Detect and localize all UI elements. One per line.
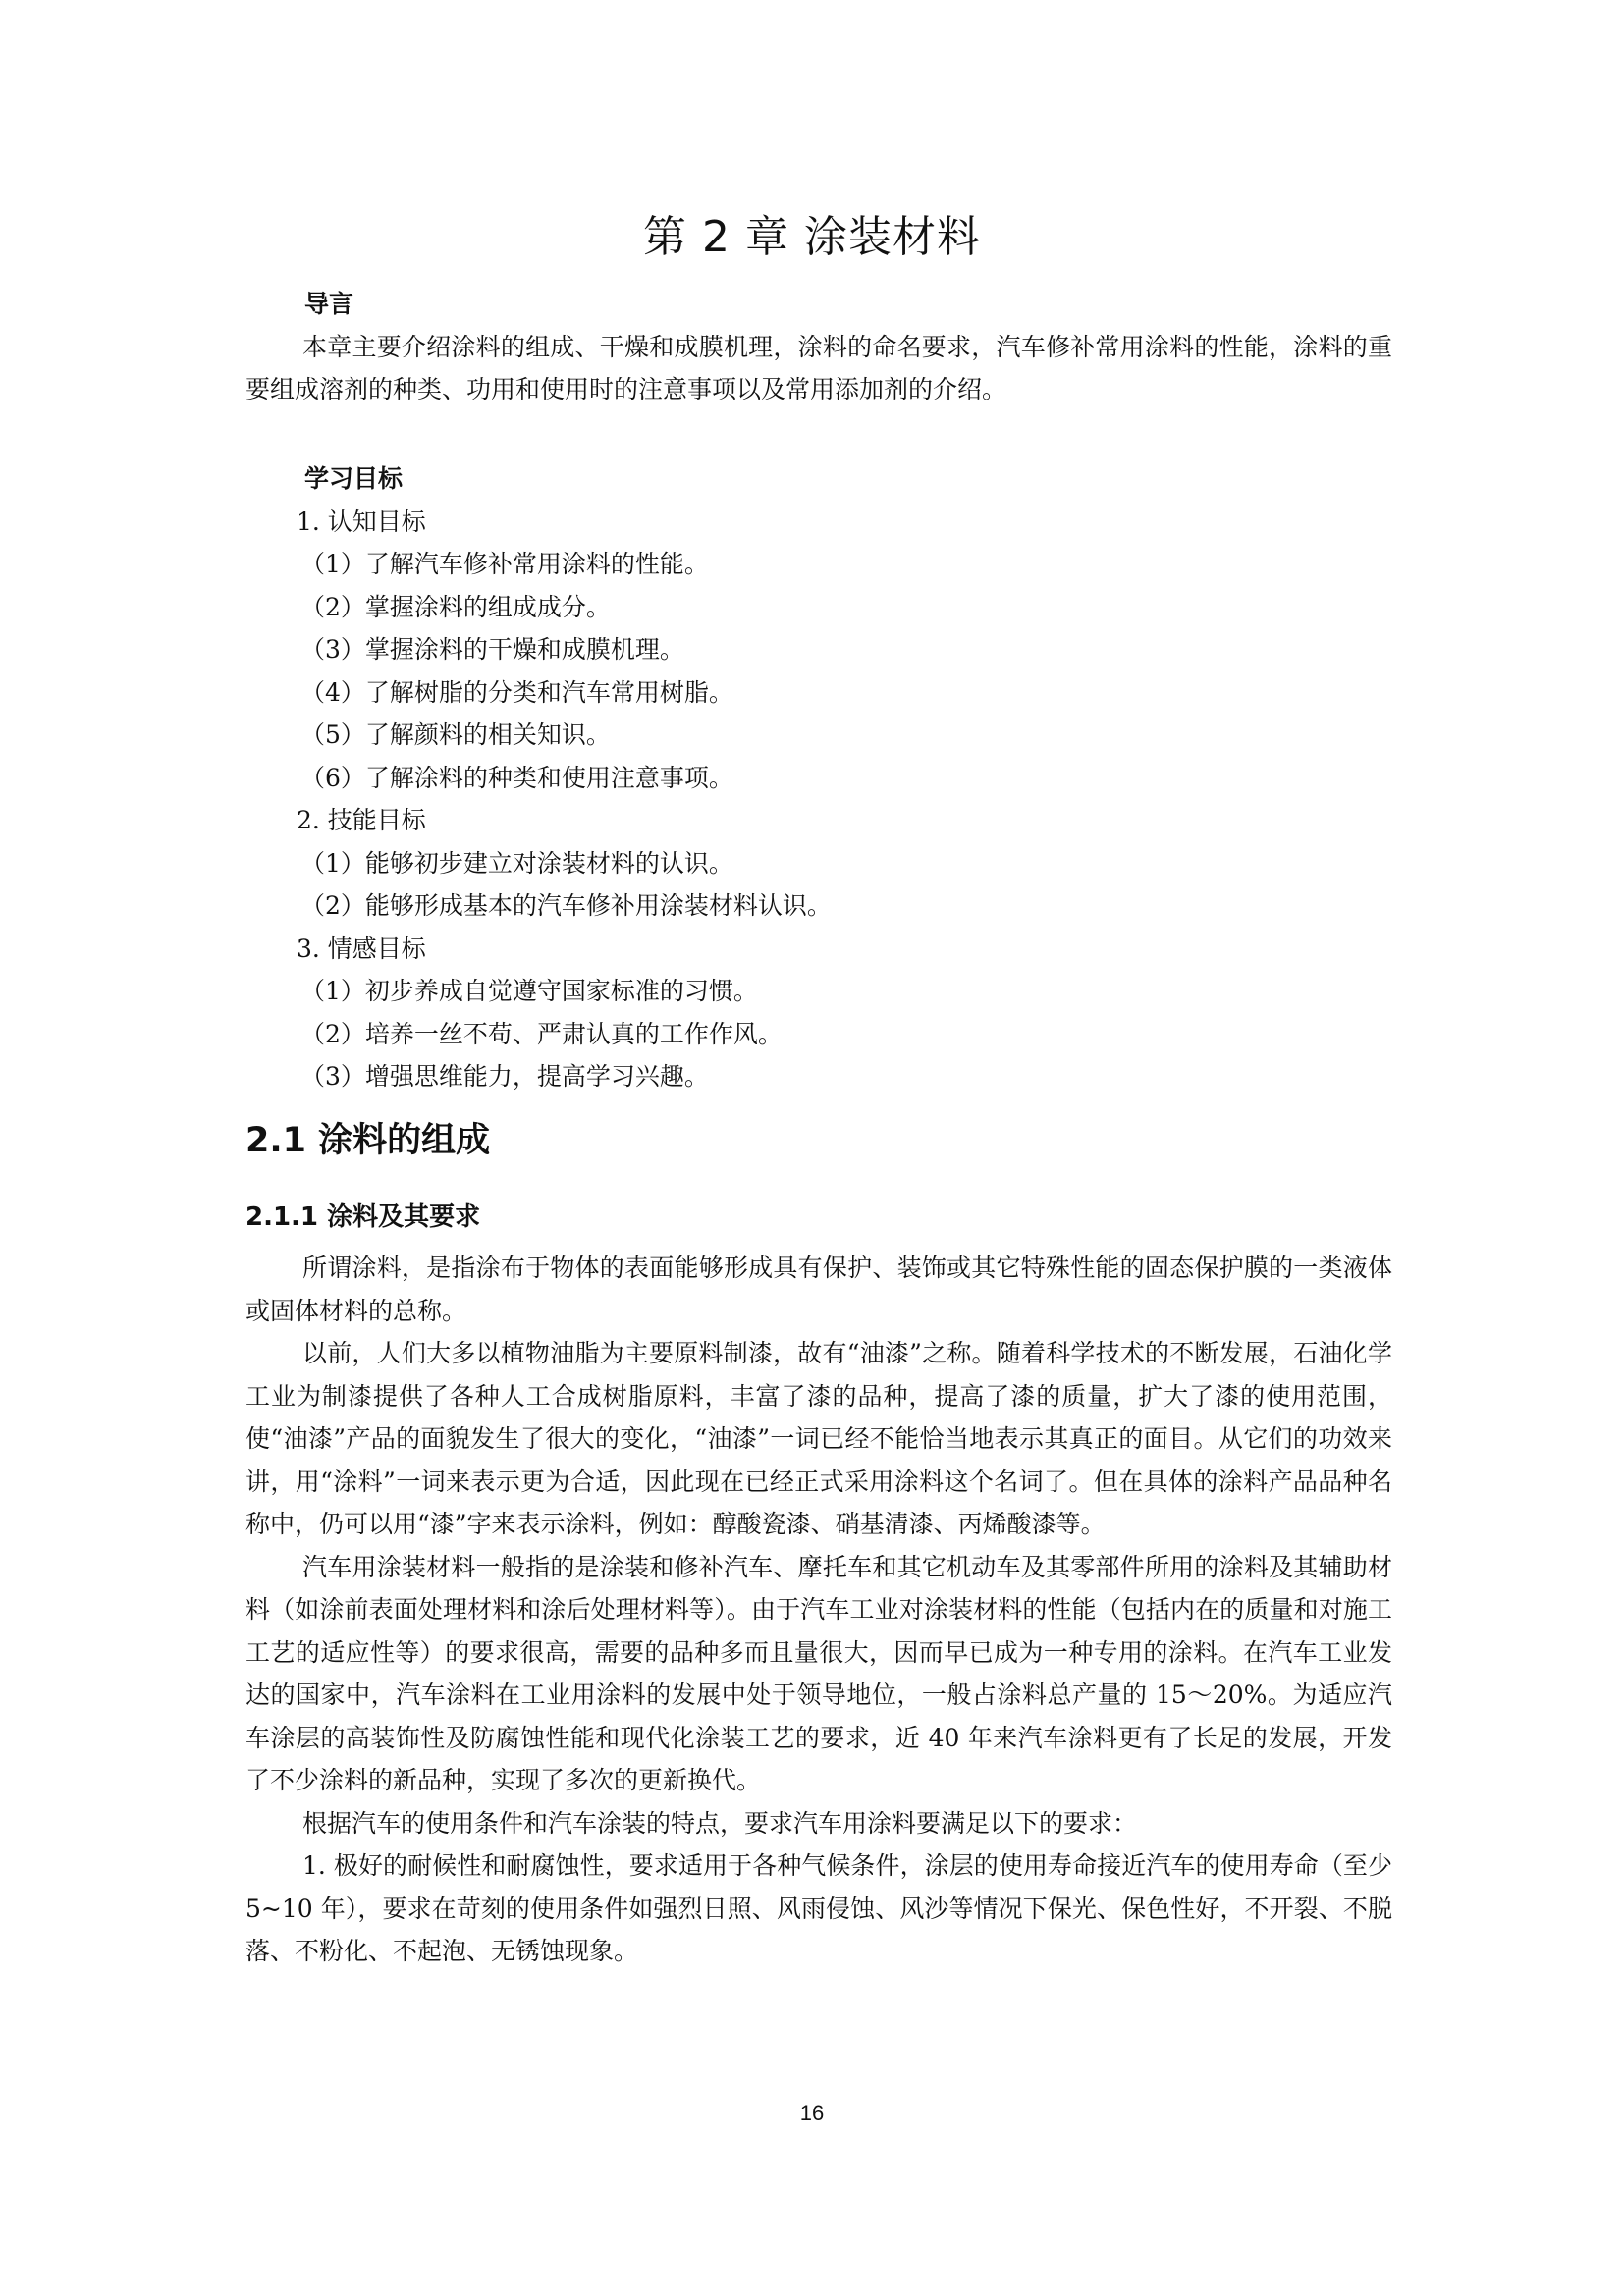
objective-item: （3）掌握涂料的干燥和成膜机理。 xyxy=(300,628,1392,671)
document-page: 第 2 章 涂装材料 导言 本章主要介绍涂料的组成、干燥和成膜机理，涂料的命名要… xyxy=(0,0,1624,2296)
objective-item: （1）初步养成自觉遵守国家标准的习惯。 xyxy=(300,970,1392,1013)
objective-item: （1）了解汽车修补常用涂料的性能。 xyxy=(300,543,1392,586)
objectives-block: 学习目标 1. 认知目标 （1）了解汽车修补常用涂料的性能。 （2）掌握涂料的组… xyxy=(245,457,1392,1098)
objectives-heading: 学习目标 xyxy=(304,457,1392,501)
intro-text: 本章主要介绍涂料的组成、干燥和成膜机理，涂料的命名要求，汽车修补常用涂料的性能，… xyxy=(245,326,1392,411)
objective-group-title: 3. 情感目标 xyxy=(297,928,1392,971)
paragraph: 根据汽车的使用条件和汽车涂装的特点，要求汽车用涂料要满足以下的要求： xyxy=(245,1802,1392,1845)
objective-item: （2）培养一丝不苟、严肃认真的工作作风。 xyxy=(300,1013,1392,1056)
page-number: 16 xyxy=(0,2101,1624,2126)
objective-item: （3）增强思维能力，提高学习兴趣。 xyxy=(300,1055,1392,1098)
objective-item: （2）能够形成基本的汽车修补用涂装材料认识。 xyxy=(300,884,1392,928)
section-heading-2-1: 2.1 涂料的组成 xyxy=(245,1116,490,1165)
intro-heading: 导言 xyxy=(304,283,1392,326)
objective-item: （2）掌握涂料的组成成分。 xyxy=(300,586,1392,629)
paragraph: 1. 极好的耐候性和耐腐蚀性，要求适用于各种气候条件，涂层的使用寿命接近汽车的使… xyxy=(245,1844,1392,1973)
paragraph: 以前，人们大多以植物油脂为主要原料制漆，故有“油漆”之称。随着科学技术的不断发展… xyxy=(245,1332,1392,1546)
paragraph: 所谓涂料，是指涂布于物体的表面能够形成具有保护、装饰或其它特殊性能的固态保护膜的… xyxy=(245,1247,1392,1332)
section-heading-2-1-1: 2.1.1 涂料及其要求 xyxy=(245,1198,480,1237)
section-body: 所谓涂料，是指涂布于物体的表面能够形成具有保护、装饰或其它特殊性能的固态保护膜的… xyxy=(245,1247,1392,1973)
objective-group-title: 1. 认知目标 xyxy=(297,501,1392,544)
chapter-title: 第 2 章 涂装材料 xyxy=(0,208,1624,267)
objective-item: （5）了解颜料的相关知识。 xyxy=(300,714,1392,757)
objective-item: （1）能够初步建立对涂装材料的认识。 xyxy=(300,842,1392,885)
paragraph: 汽车用涂装材料一般指的是涂装和修补汽车、摩托车和其它机动车及其零部件所用的涂料及… xyxy=(245,1546,1392,1802)
objective-group-title: 2. 技能目标 xyxy=(297,799,1392,842)
objective-item: （4）了解树脂的分类和汽车常用树脂。 xyxy=(300,671,1392,715)
objective-item: （6）了解涂料的种类和使用注意事项。 xyxy=(300,757,1392,800)
intro-block: 导言 本章主要介绍涂料的组成、干燥和成膜机理，涂料的命名要求，汽车修补常用涂料的… xyxy=(245,283,1392,411)
